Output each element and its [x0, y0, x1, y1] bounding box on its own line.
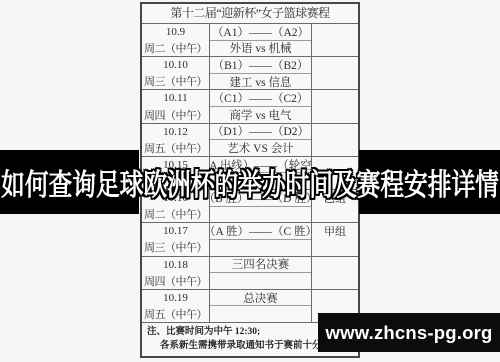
weekday-text: 周二（中午）: [142, 40, 209, 56]
watermark-badge: www.zhcns-pg.org: [318, 313, 500, 352]
date-text: 10.17: [142, 223, 209, 239]
matchup-cell: （A 出线）——（轮空）: [210, 157, 312, 189]
matchup-cell: 总决赛: [210, 290, 312, 322]
schedule-row: 10.9周二（中午）（A1）——（A2）外语 vs 机械: [142, 24, 358, 57]
matchup-cell: （A 胜）——（C 胜）: [210, 223, 312, 255]
schedule-table: 第十二届“迎新杯”女子篮球赛程 10.9周二（中午）（A1）——（A2）外语 v…: [140, 2, 360, 358]
matchup-bottom-text: 外语 vs 机械: [210, 41, 311, 57]
table-title: 第十二届“迎新杯”女子篮球赛程: [142, 4, 358, 24]
matchup-bottom-text: 建工 vs 信息: [210, 74, 311, 90]
date-weekday-cell: 10.17周三（中午）: [142, 223, 210, 255]
date-weekday-cell: 10.12周五（中午）: [142, 124, 210, 156]
matchup-cell: （B 胜）——（D 胜）: [210, 190, 312, 222]
group-text: [312, 290, 358, 306]
group-text: [312, 24, 358, 40]
matchup-cell: （B1）——（B2）建工 vs 信息: [210, 57, 312, 89]
weekday-text: 周五（中午）: [142, 306, 209, 322]
matchup-cell: （C1）——（C2）商学 vs 电气: [210, 90, 312, 122]
weekday-text: 周四（中午）: [142, 107, 209, 123]
date-text: 10.10: [142, 57, 209, 73]
matchup-top-text: 总决赛: [210, 290, 311, 307]
matchup-bottom-text: 商学 vs 电气: [210, 107, 311, 123]
date-text: 10.16: [142, 190, 209, 206]
date-weekday-cell: 10.16周二（中午）: [142, 190, 210, 222]
matchup-cell: （A1）——（A2）外语 vs 机械: [210, 24, 312, 56]
weekday-text: 周二（中午）: [142, 206, 209, 222]
matchup-top-text: （A1）——（A2）: [210, 24, 311, 41]
date-text: 10.18: [142, 257, 209, 273]
schedule-row: 10.12周五（中午）（D1）——（D2）艺术 VS 会计: [142, 124, 358, 157]
date-text: 10.15: [142, 157, 209, 173]
matchup-top-text: 三四名决赛: [210, 257, 311, 274]
schedule-row: 10.11周四（中午）（C1）——（C2）商学 vs 电气: [142, 90, 358, 123]
schedule-row: 10.16周二（中午）（B 胜）——（D 胜）乙组: [142, 190, 358, 223]
date-text: 10.19: [142, 290, 209, 306]
group-cell: [312, 24, 358, 56]
weekday-text: 周三（中午）: [142, 239, 209, 255]
schedule-row: 10.17周三（中午）（A 胜）——（C 胜）甲组: [142, 223, 358, 256]
group-text: [312, 124, 358, 140]
date-text: 10.12: [142, 124, 209, 140]
schedule-row: 10.15（A 出线）——（轮空）: [142, 157, 358, 190]
schedule-row: 10.10周三（中午）（B1）——（B2）建工 vs 信息: [142, 57, 358, 90]
group-text: 乙组: [312, 190, 358, 206]
date-weekday-cell: 10.15: [142, 157, 210, 189]
group-text: [312, 57, 358, 73]
banner-black-bar-left: [0, 150, 139, 214]
group-cell: 甲组: [312, 223, 358, 255]
matchup-top-text: （D1）——（D2）: [210, 124, 311, 141]
matchup-cell: （D1）——（D2）艺术 VS 会计: [210, 124, 312, 156]
banner-black-bar-right: [359, 150, 500, 214]
matchup-bottom-text: 艺术 VS 会计: [210, 140, 311, 156]
matchup-bottom-text: [210, 240, 311, 256]
matchup-top-text: （A 胜）——（C 胜）: [210, 223, 311, 240]
group-cell: [312, 257, 358, 289]
matchup-bottom-text: [210, 207, 311, 223]
matchup-bottom-text: [210, 273, 311, 289]
watermark-url-text: www.zhcns-pg.org: [326, 322, 493, 344]
matchup-top-text: （C1）——（C2）: [210, 90, 311, 107]
page: 第十二届“迎新杯”女子篮球赛程 10.9周二（中午）（A1）——（A2）外语 v…: [0, 0, 500, 362]
date-weekday-cell: 10.11周四（中午）: [142, 90, 210, 122]
group-cell: [312, 124, 358, 156]
matchup-bottom-text: [210, 306, 311, 322]
weekday-text: 周五（中午）: [142, 140, 209, 156]
matchup-bottom-text: [210, 173, 311, 189]
schedule-row: 10.18周四（中午）三四名决赛: [142, 257, 358, 290]
group-text: [312, 90, 358, 106]
table-body: 10.9周二（中午）（A1）——（A2）外语 vs 机械10.10周三（中午）（…: [142, 24, 358, 323]
date-weekday-cell: 10.10周三（中午）: [142, 57, 210, 89]
group-text: 甲组: [312, 223, 358, 239]
matchup-top-text: （B 胜）——（D 胜）: [210, 190, 311, 207]
date-text: 10.9: [142, 24, 209, 40]
group-cell: [312, 57, 358, 89]
weekday-text: 周四（中午）: [142, 273, 209, 289]
weekday-text: 周三（中午）: [142, 73, 209, 89]
date-weekday-cell: 10.18周四（中午）: [142, 257, 210, 289]
group-text: [312, 257, 358, 273]
matchup-top-text: （A 出线）——（轮空）: [210, 157, 311, 174]
matchup-top-text: （B1）——（B2）: [210, 57, 311, 74]
date-weekday-cell: 10.19周五（中午）: [142, 290, 210, 322]
group-text: [312, 157, 358, 173]
matchup-cell: 三四名决赛: [210, 257, 312, 289]
date-weekday-cell: 10.9周二（中午）: [142, 24, 210, 56]
weekday-text: [142, 173, 209, 189]
group-cell: [312, 90, 358, 122]
date-text: 10.11: [142, 90, 209, 106]
group-cell: 乙组: [312, 190, 358, 222]
group-cell: [312, 157, 358, 189]
